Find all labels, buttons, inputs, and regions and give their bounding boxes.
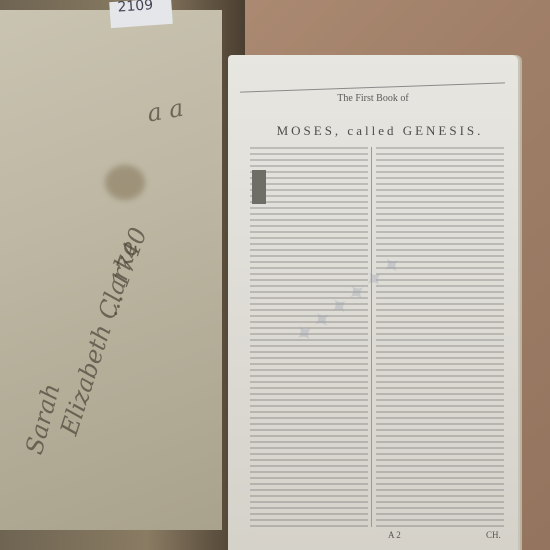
footer-signature: A 2 xyxy=(388,530,401,540)
heading-small: The First Book of xyxy=(228,93,518,104)
header-rule xyxy=(240,82,505,92)
drop-cap xyxy=(252,170,266,204)
ink-stain xyxy=(105,165,145,200)
column-divider xyxy=(371,147,372,527)
heading-large: MOSES, called GENESIS. xyxy=(250,123,510,139)
inscription-line: a a xyxy=(145,94,186,128)
footer-catchword: CH. xyxy=(486,530,501,540)
catalogue-tag: 2109 xyxy=(109,0,173,28)
inscription-line: ... 1740 xyxy=(95,224,153,320)
tag-label: 2109 xyxy=(117,0,154,16)
text-column-right xyxy=(376,147,504,527)
genesis-title-page: The First Book of MOSES, called GENESIS.… xyxy=(228,55,518,550)
left-endpaper: Sarah Elizabeth Clarke ... 1740 a a xyxy=(0,10,225,530)
